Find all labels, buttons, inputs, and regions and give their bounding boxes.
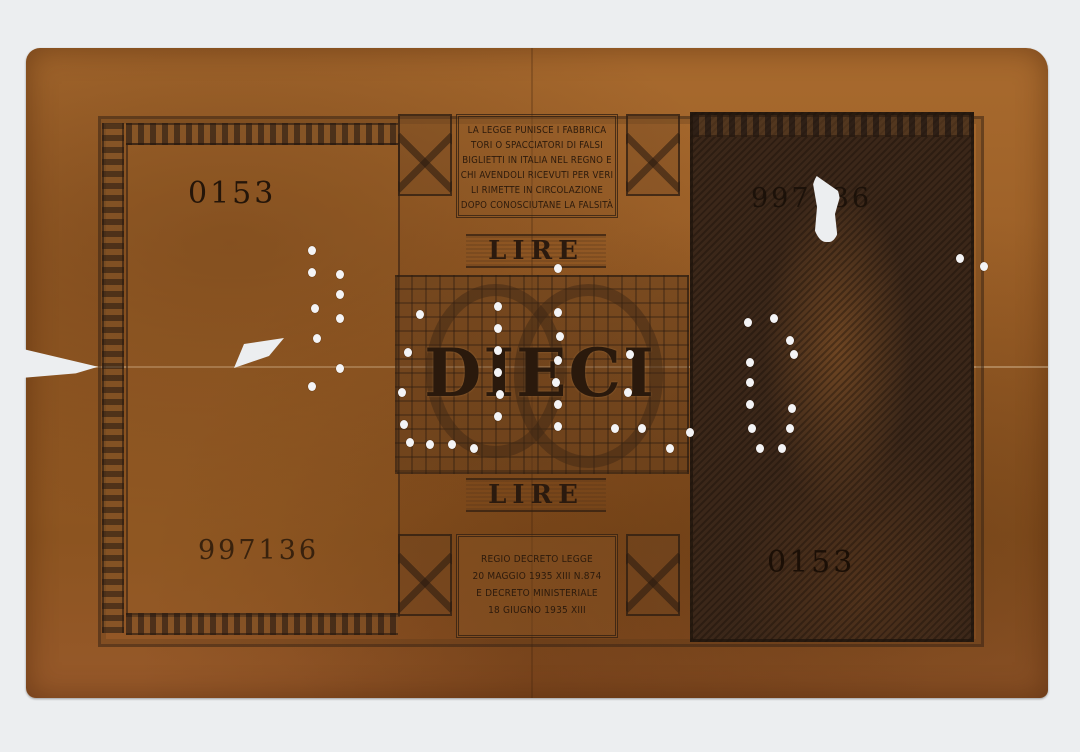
perforation-hole xyxy=(406,438,414,447)
denomination-word: DIECI xyxy=(395,333,685,413)
banknote: 0153 997136 LA LEGGE PUNISCE I FABBRICA … xyxy=(26,48,1048,698)
decree-box: REGIO DECRETO LEGGE 20 MAGGIO 1935 XIII … xyxy=(456,534,618,638)
perforation-hole xyxy=(624,388,632,397)
perforation-hole xyxy=(404,348,412,357)
geometric-tile-bottom-right xyxy=(626,534,680,616)
perforation-hole xyxy=(448,440,456,449)
perforation-hole xyxy=(552,378,560,387)
perforation-hole xyxy=(746,400,754,409)
perforation-hole xyxy=(398,388,406,397)
legal-line: TORI O SPACCIATORI DI FALSI xyxy=(459,138,615,153)
perforation-hole xyxy=(554,422,562,431)
perforation-hole xyxy=(494,324,502,333)
perforation-hole xyxy=(746,358,754,367)
perforation-hole xyxy=(778,444,786,453)
perforation-hole xyxy=(788,404,796,413)
perforation-hole xyxy=(554,308,562,317)
perforation-hole xyxy=(666,444,674,453)
perforation-hole xyxy=(496,390,504,399)
torn-edge-left xyxy=(24,336,98,380)
legal-line: DOPO CONOSCIUTANE LA FALSITÀ xyxy=(459,198,615,213)
perforation-hole xyxy=(786,424,794,433)
serial-number-bottom-left: 997136 xyxy=(198,535,319,566)
perforation-hole xyxy=(556,332,564,341)
perforation-hole xyxy=(494,412,502,421)
legal-line: BIGLIETTI IN ITALIA NEL REGNO E xyxy=(459,153,615,168)
decree-line: 20 MAGGIO 1935 XIII N.874 xyxy=(459,568,615,585)
perforation-hole xyxy=(494,368,502,377)
decree-line: 18 GIUGNO 1935 XIII xyxy=(459,602,615,619)
perforation-hole xyxy=(786,336,794,345)
serial-prefix-bottom-right: 0153 xyxy=(767,545,855,580)
perforation-hole xyxy=(494,302,502,311)
perforation-hole xyxy=(416,310,424,319)
perforation-hole xyxy=(686,428,694,437)
perforation-hole xyxy=(611,424,619,433)
perforation-hole xyxy=(426,440,434,449)
perforation-hole xyxy=(554,356,562,365)
legal-line: LA LEGGE PUNISCE I FABBRICA xyxy=(459,123,615,138)
perforation-hole xyxy=(790,350,798,359)
perforation-hole xyxy=(748,424,756,433)
perforation-hole xyxy=(756,444,764,453)
currency-label-top: LIRE xyxy=(466,234,606,268)
decree-line: E DECRETO MINISTERIALE xyxy=(459,585,615,602)
perforation-hole xyxy=(956,254,964,263)
geometric-tile-top-right xyxy=(626,114,680,196)
ornamental-border-bottom-left xyxy=(126,613,398,635)
perforation-hole xyxy=(770,314,778,323)
perforation-hole xyxy=(308,382,316,391)
perforation-hole xyxy=(308,268,316,277)
perforation-hole xyxy=(336,290,344,299)
perforation-hole xyxy=(336,364,344,373)
ornamental-border-top-left xyxy=(126,123,398,145)
currency-label-bottom: LIRE xyxy=(466,478,606,512)
perforation-hole xyxy=(980,262,988,271)
serial-number-top-right: 997136 xyxy=(751,183,872,214)
perforation-hole xyxy=(336,270,344,279)
ornamental-border-portrait-top xyxy=(693,115,971,137)
legal-line: CHI AVENDOLI RICEVUTI PER VERI xyxy=(459,168,615,183)
perforation-hole xyxy=(626,350,634,359)
geometric-tile-top-left xyxy=(398,114,452,196)
perforation-hole xyxy=(311,304,319,313)
perforation-hole xyxy=(308,246,316,255)
perforation-hole xyxy=(744,318,752,327)
perforation-hole xyxy=(746,378,754,387)
perforation-hole xyxy=(554,264,562,273)
decree-line: REGIO DECRETO LEGGE xyxy=(459,551,615,568)
geometric-tile-bottom-left xyxy=(398,534,452,616)
legal-warning-box: LA LEGGE PUNISCE I FABBRICA TORI O SPACC… xyxy=(456,114,618,218)
perforation-hole xyxy=(554,400,562,409)
perforation-hole xyxy=(470,444,478,453)
perforation-hole xyxy=(400,420,408,429)
perforation-hole xyxy=(336,314,344,323)
legal-line: LI RIMETTE IN CIRCOLAZIONE xyxy=(459,183,615,198)
serial-prefix-top-left: 0153 xyxy=(188,176,276,211)
perforation-hole xyxy=(494,346,502,355)
perforation-hole xyxy=(313,334,321,343)
perforation-hole xyxy=(638,424,646,433)
ornamental-border-left xyxy=(102,123,124,633)
